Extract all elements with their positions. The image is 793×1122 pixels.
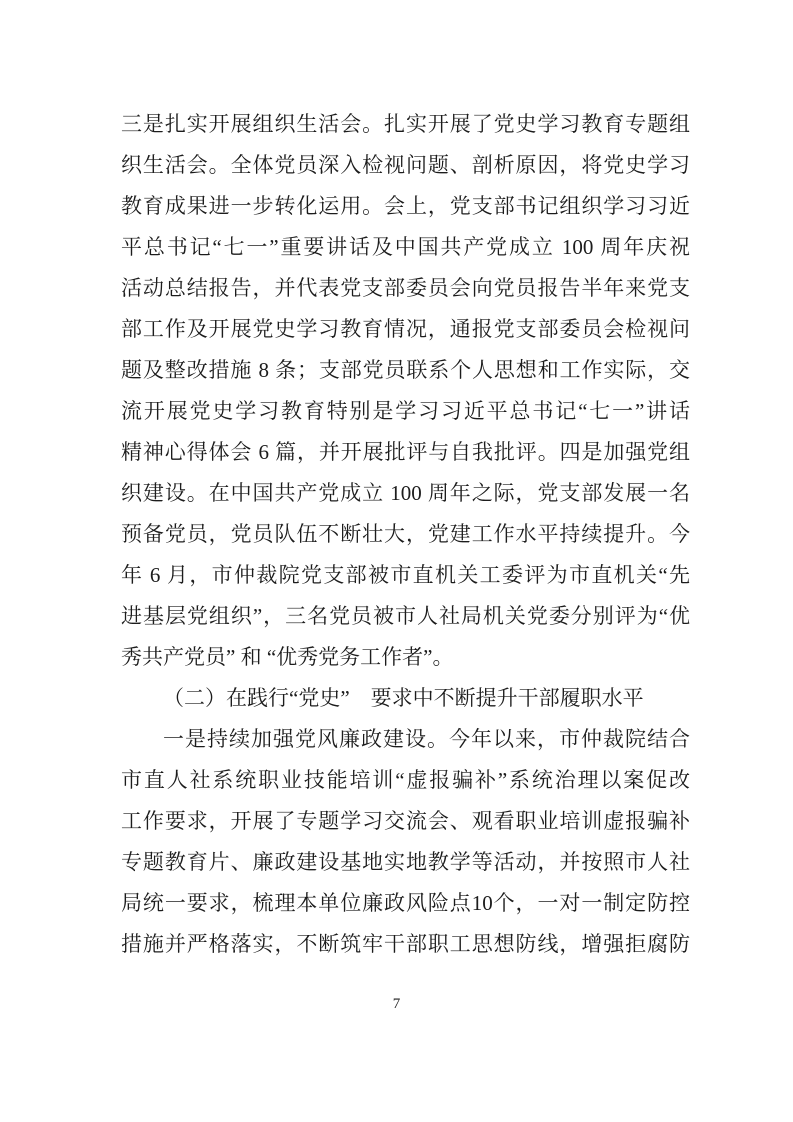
text-line: 措施并严格落实，不断筑牢干部职工思想防线，增强拒腐防 bbox=[121, 924, 690, 965]
document-page: 三是扎实开展组织生活会。扎实开展了党史学习教育专题组 织生活会。全体党员深入检视… bbox=[0, 0, 793, 1122]
text-line: 专题教育片、廉政建设基地实地教学等活动，并按照市人社 bbox=[121, 842, 690, 883]
text-line: 三是扎实开展组织生活会。扎实开展了党史学习教育专题组 bbox=[121, 104, 690, 145]
paragraph: 一是持续加强党风廉政建设。今年以来，市仲裁院结合 市直人社系统职业技能培训“虚报… bbox=[121, 719, 690, 965]
text-line: 活动总结报告，并代表党支部委员会向党员报告半年来党支 bbox=[121, 268, 690, 309]
text-line: 一是持续加强党风廉政建设。今年以来，市仲裁院结合 bbox=[121, 719, 690, 760]
paragraph: 三是扎实开展组织生活会。扎实开展了党史学习教育专题组 织生活会。全体党员深入检视… bbox=[121, 104, 690, 678]
text-line: 题及整改措施 8 条；支部党员联系个人思想和工作实际，交 bbox=[121, 350, 690, 391]
page-number: 7 bbox=[0, 994, 793, 1014]
text-line: 流开展党史学习教育特别是学习习近平总书记“七一”讲话 bbox=[121, 391, 690, 432]
text-line: 秀共产党员” 和 “优秀党务工作者”。 bbox=[121, 637, 690, 678]
text-line: 部工作及开展党史学习教育情况，通报党支部委员会检视问 bbox=[121, 309, 690, 350]
text-line: 预备党员，党员队伍不断壮大，党建工作水平持续提升。今 bbox=[121, 514, 690, 555]
text-line: 教育成果进一步转化运用。会上，党支部书记组织学习习近 bbox=[121, 186, 690, 227]
text-line: 精神心得体会 6 篇，并开展批评与自我批评。四是加强党组 bbox=[121, 432, 690, 473]
text-line: 工作要求，开展了专题学习交流会、观看职业培训虚报骗补 bbox=[121, 801, 690, 842]
text-line: 年 6 月，市仲裁院党支部被市直机关工委评为市直机关“先 bbox=[121, 555, 690, 596]
text-line: 平总书记“七一”重要讲话及中国共产党成立 100 周年庆祝 bbox=[121, 227, 690, 268]
text-line: 市直人社系统职业技能培训“虚报骗补”系统治理以案促改 bbox=[121, 760, 690, 801]
document-text-block: 三是扎实开展组织生活会。扎实开展了党史学习教育专题组 织生活会。全体党员深入检视… bbox=[121, 104, 690, 965]
text-line: 进基层党组织”，三名党员被市人社局机关党委分别评为“优 bbox=[121, 596, 690, 637]
text-line: 织建设。在中国共产党成立 100 周年之际，党支部发展一名 bbox=[121, 473, 690, 514]
text-line: 局统一要求，梳理本单位廉政风险点10个，一对一制定防控 bbox=[121, 883, 690, 924]
text-line: 织生活会。全体党员深入检视问题、剖析原因，将党史学习 bbox=[121, 145, 690, 186]
section-heading: （二）在践行“党史” 要求中不断提升干部履职水平 bbox=[121, 678, 690, 719]
